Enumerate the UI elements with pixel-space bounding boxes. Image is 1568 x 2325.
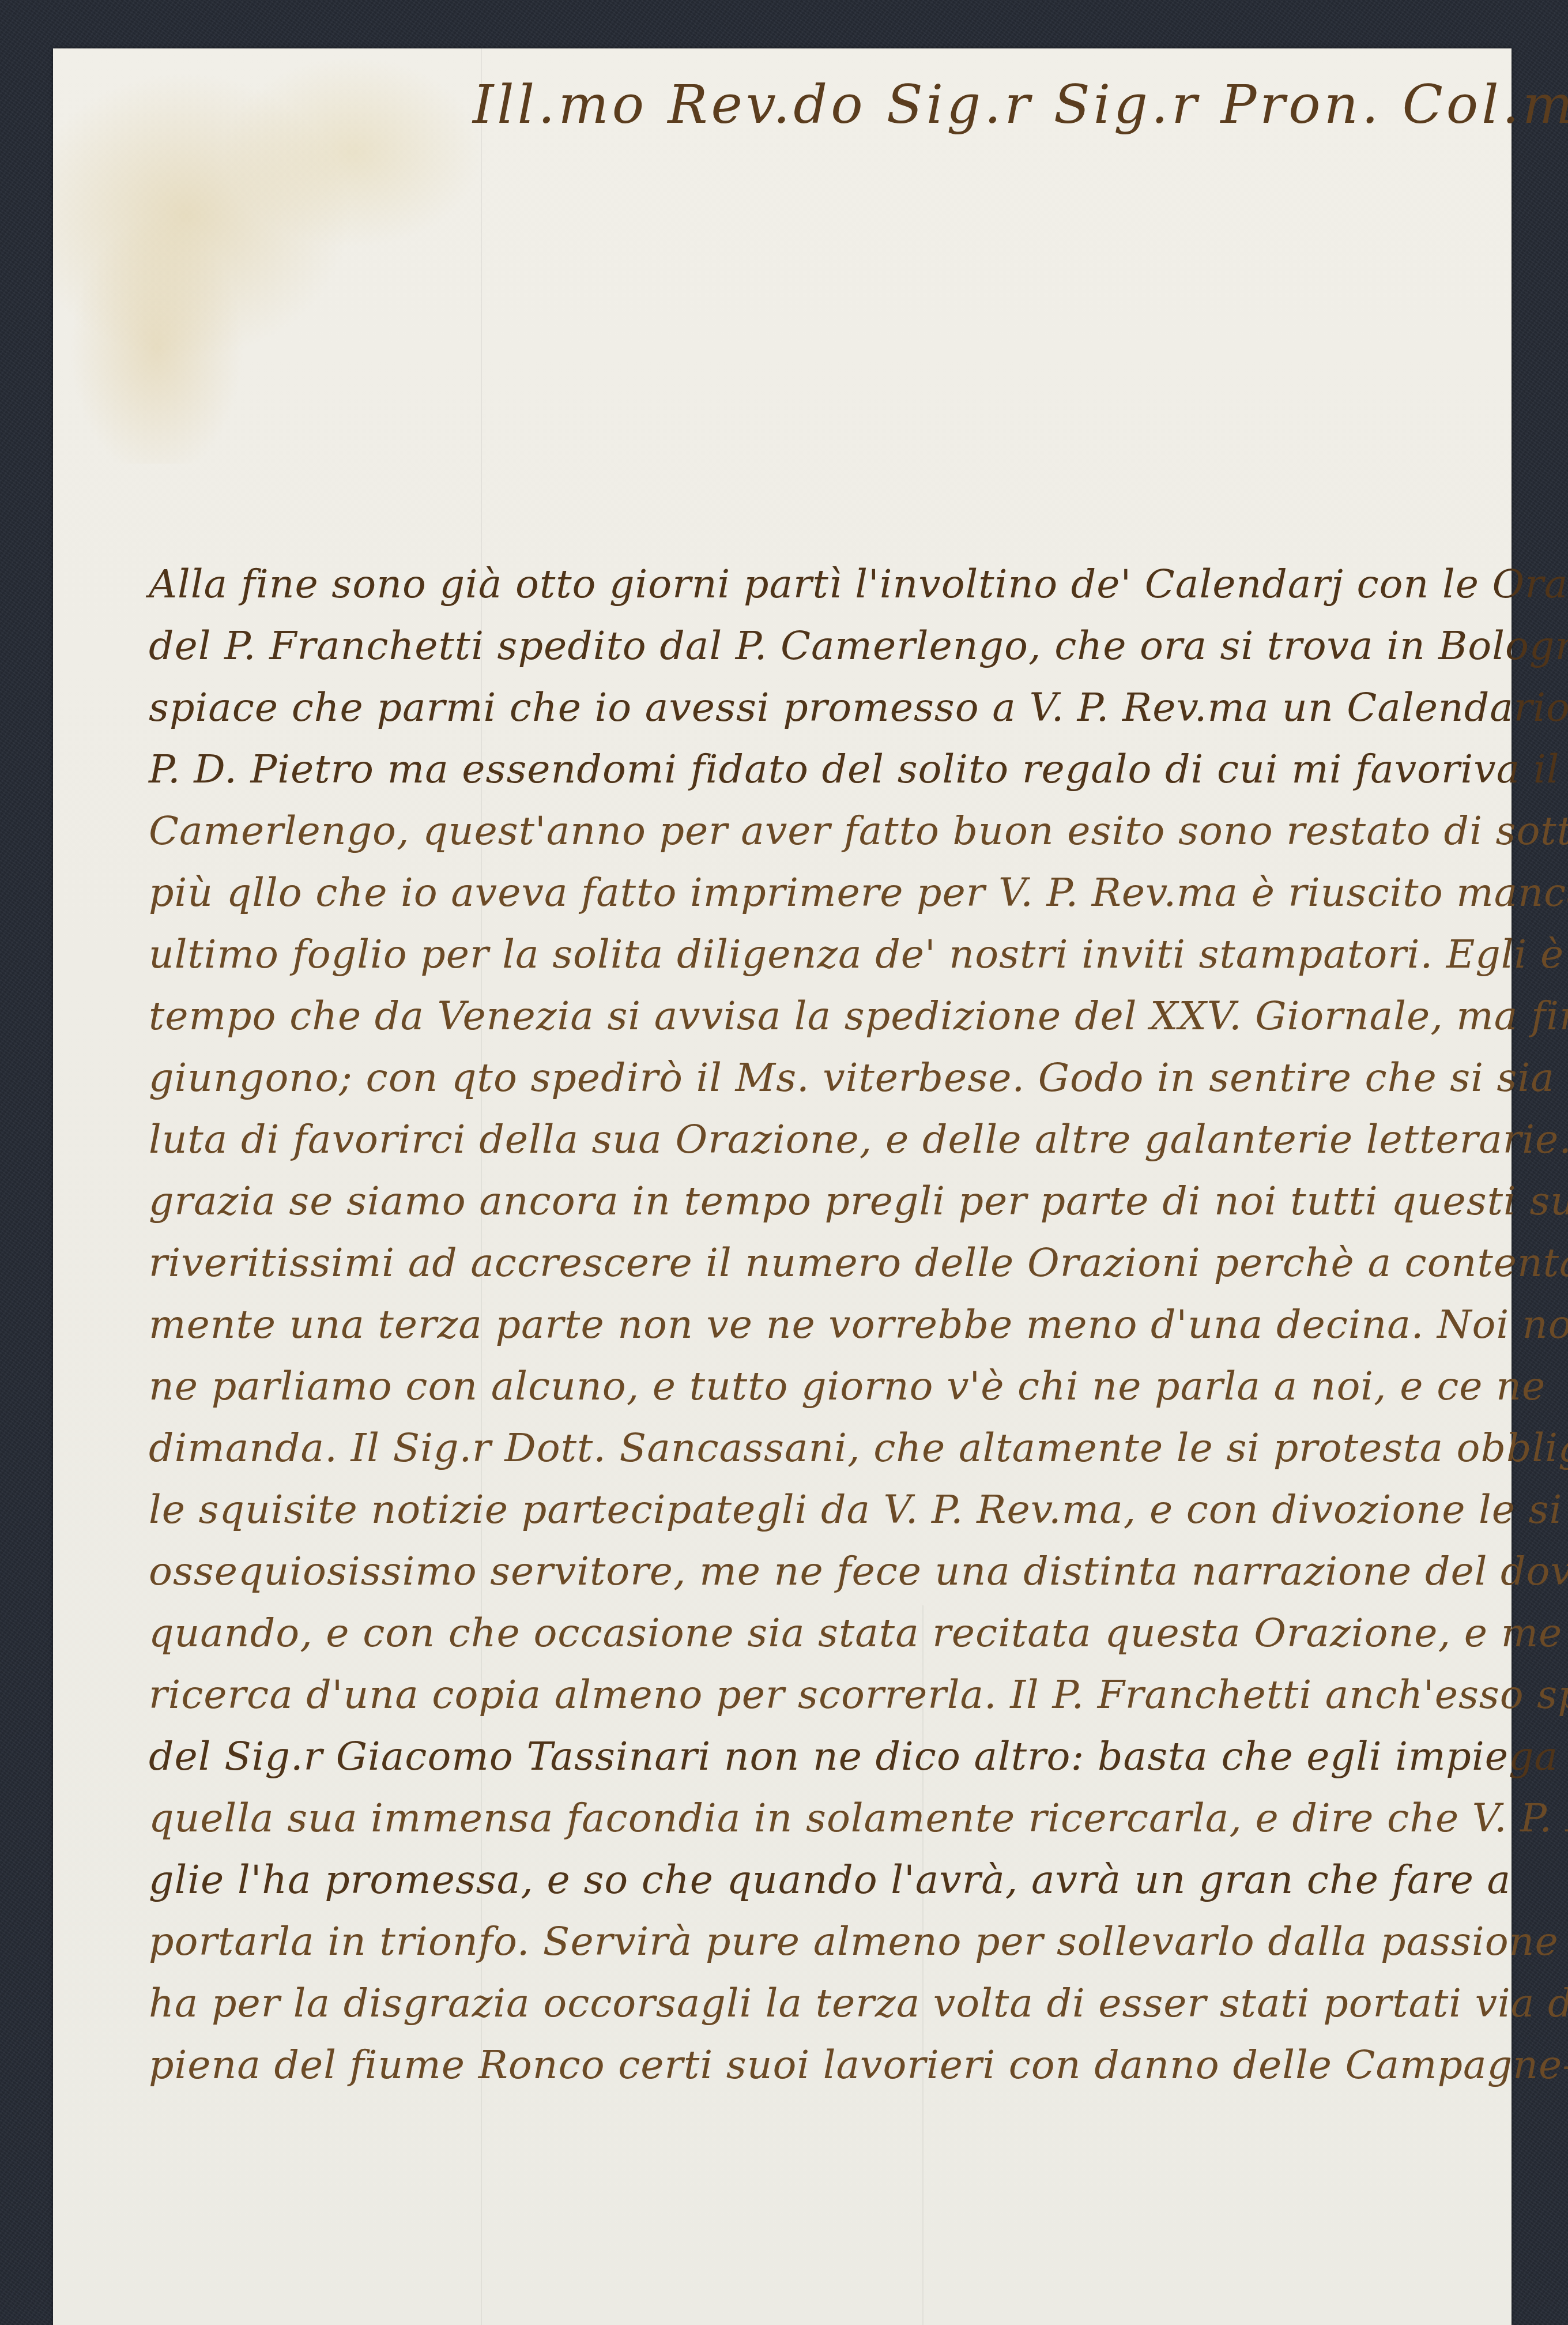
letter-line: quando, e con che occasione sia stata re… [149,1602,1475,1664]
letter-line: Alla fine sono già otto giorni partì l'i… [149,554,1475,615]
letter-line: grazia se siamo ancora in tempo pregli p… [149,1171,1475,1232]
letter-line: le squisite notizie partecipategli da V.… [149,1479,1475,1541]
letter-line: dimanda. Il Sig.r Dott. Sancassani, che … [149,1417,1475,1479]
letter-line: ricerca d'una copia almeno per scorrerla… [149,1664,1475,1726]
letter-body: Alla fine sono già otto giorni partì l'i… [149,554,1475,2096]
letter-line: più qllo che io aveva fatto imprimere pe… [149,862,1475,924]
letter-line: ne parliamo con alcuno, e tutto giorno v… [149,1356,1475,1417]
letter-line: Camerlengo, quest'anno per aver fatto bu… [149,800,1475,862]
letter-line: ossequiosissimo servitore, me ne fece un… [149,1541,1475,1602]
letter-line: mente una terza parte non ve ne vorrebbe… [149,1294,1475,1356]
letter-line: riveritissimi ad accrescere il numero de… [149,1232,1475,1294]
letter-line: luta di favorirci della sua Orazione, e … [149,1109,1475,1171]
letter-line: tempo che da Venezia si avvisa la spediz… [149,985,1475,1047]
letter-line: portarla in trionfo. Servirà pure almeno… [149,1911,1475,1973]
salutation-heading: Ill.mo Rev.do Sig.r Sig.r Pron. Col.mo [473,74,1568,136]
letter-line: ha per la disgrazia occorsagli la terza … [149,1973,1475,2034]
letter-line: del P. Franchetti spedito dal P. Camerle… [149,615,1475,677]
letter-line: del Sig.r Giacomo Tassinari non ne dico … [149,1726,1475,1788]
letter-line: glie l'ha promessa, e so che quando l'av… [149,1849,1475,1911]
letter-line: quella sua immensa facondia in solamente… [149,1788,1475,1849]
letter-line: piena del fiume Ronco certi suoi lavorie… [149,2034,1475,2096]
letter-line: spiace che parmi che io avessi promesso … [149,677,1475,739]
letter-line: giungono; con qto spedirò il Ms. viterbe… [149,1047,1475,1109]
water-stain [53,48,491,464]
letter-line: P. D. Pietro ma essendomi fidato del sol… [149,739,1475,800]
letter-line: ultimo foglio per la solita diligenza de… [149,924,1475,985]
